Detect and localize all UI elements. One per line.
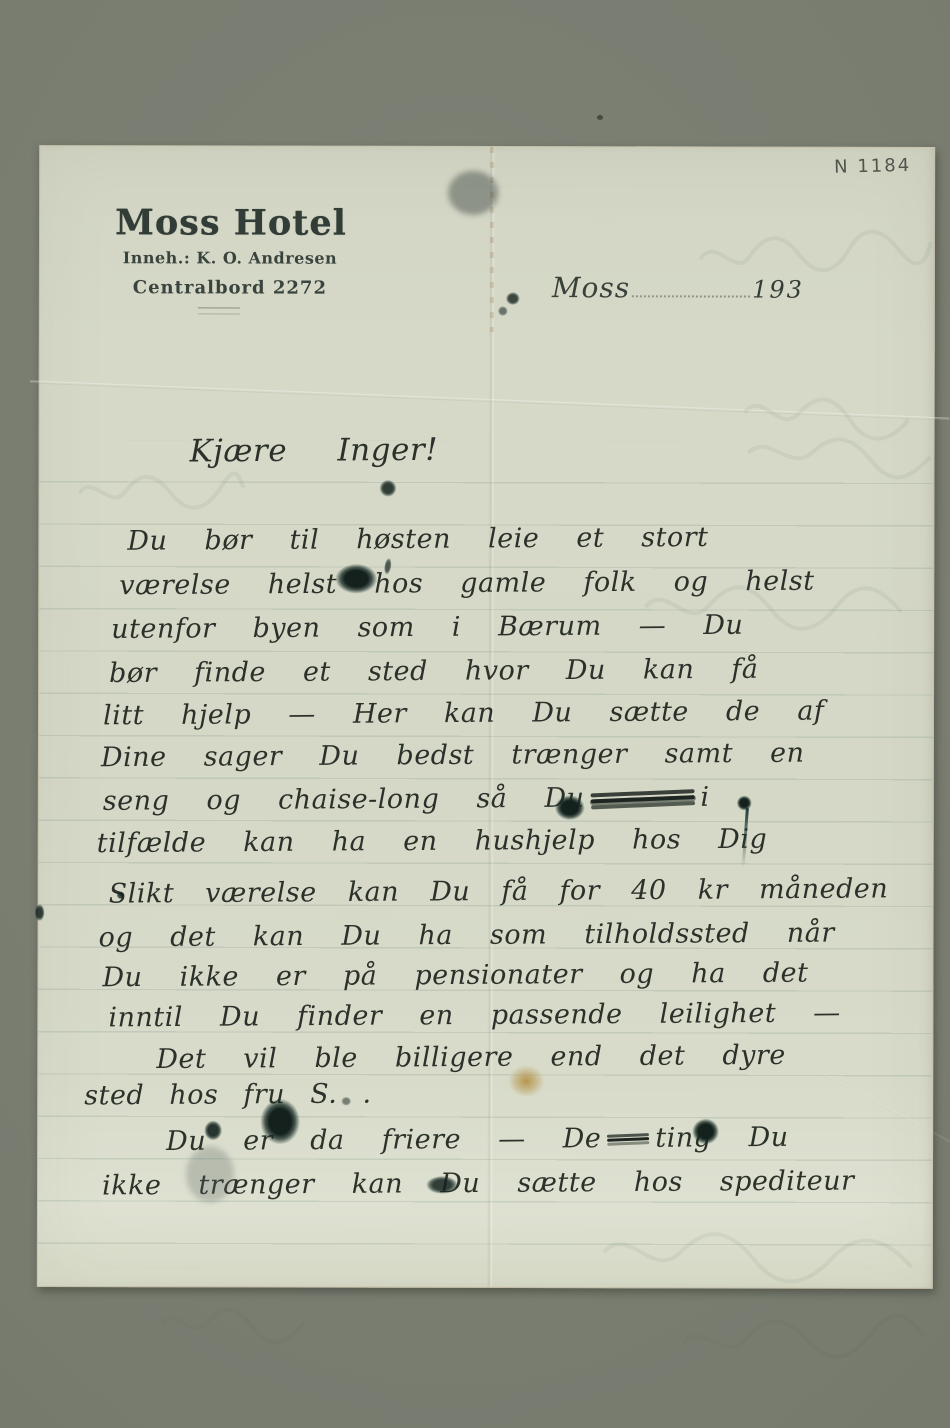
ink-blot — [737, 796, 752, 811]
show-through-ghost — [737, 382, 942, 483]
handwritten-line: inntil Du finder en passende leilighet — — [108, 998, 841, 1034]
handwritten-line: bør finde et sted hvor Du kan få — [109, 654, 759, 689]
dateline-dotted-leader — [632, 275, 750, 297]
line-text: ting Du — [655, 1122, 788, 1154]
handwritten-line: tilfælde kan ha en hushjelp hos Dig — [97, 824, 768, 859]
handwritten-line: Dine sager Du bedst trænger samt en — [101, 738, 805, 774]
ink-blot — [379, 480, 396, 497]
ink-smudge — [448, 171, 498, 215]
ink-speck — [498, 306, 508, 316]
ink-blot — [692, 1118, 719, 1144]
ink-blot-over-word — [426, 1176, 458, 1194]
scanned-letter-page: Moss Hotel Inneh.: K. O. Andresen Centra… — [0, 0, 950, 1428]
gray-smudge — [186, 1146, 234, 1202]
edge-ink-mark — [35, 904, 45, 921]
ink-speck — [341, 1097, 351, 1106]
stain — [508, 1065, 544, 1097]
handwritten-line: og det kan Du ha som tilholdssted når — [98, 918, 834, 954]
ink-blot — [260, 1099, 300, 1145]
dateline: Moss193 — [552, 271, 822, 308]
vertical-fold-crease-top — [490, 147, 494, 332]
line-text: seng og chaise-long så Du — [103, 783, 585, 817]
ink-speck — [506, 292, 520, 305]
handwritten-line: litt hjelp — Her kan Du sætte de af — [103, 696, 825, 732]
letterhead-hotel-name: Moss Hotel — [106, 202, 356, 244]
ink-blot-over-word — [335, 564, 377, 594]
salutation: Kjære Inger! — [189, 432, 438, 470]
ink-dot — [117, 891, 125, 899]
handwritten-line: Det vil ble billigere end det dyre — [156, 1040, 786, 1075]
letter-paper: Moss Hotel Inneh.: K. O. Andresen Centra… — [37, 145, 935, 1289]
dateline-place: Moss — [552, 271, 630, 304]
archive-number-annotation: N 1184 — [834, 155, 911, 178]
ink-blot — [204, 1120, 222, 1140]
horizontal-fold-crease — [30, 380, 949, 420]
line-text: i — [700, 782, 709, 813]
background-speck — [597, 115, 603, 120]
handwritten-line: værelse helst hos gamle folk og helst — [119, 566, 814, 602]
handwritten-line: utenfor byen som i Bærum — Du — [111, 610, 743, 645]
ink-blot — [555, 795, 585, 820]
letterhead-phone: Centralbord 2272 — [100, 277, 360, 299]
scribbled-out-word — [590, 795, 694, 803]
bottom-right-crease — [817, 1070, 950, 1147]
show-through-ghost — [158, 1296, 308, 1351]
line-text: Du er da friere — De — [166, 1123, 601, 1157]
letterhead-flourish-rule — [198, 307, 240, 314]
show-through-ghost — [676, 1296, 929, 1378]
handwritten-line: sted hos fru S. . — [84, 1079, 371, 1112]
scribbled-out-word — [607, 1137, 649, 1142]
show-through-ghost — [596, 1212, 919, 1304]
letterhead-proprietor: Inneh.: K. O. Andresen — [100, 248, 360, 268]
handwritten-line: Slikt værelse kan Du få for 40 kr månede… — [109, 873, 889, 909]
handwritten-line: Du bør til høsten leie et stort — [127, 522, 708, 557]
dateline-year-prefix: 193 — [752, 276, 804, 304]
handwritten-line: seng og chaise-long så Dui — [103, 782, 710, 817]
handwritten-line: Du ikke er på pensionater og ha det — [102, 958, 808, 994]
